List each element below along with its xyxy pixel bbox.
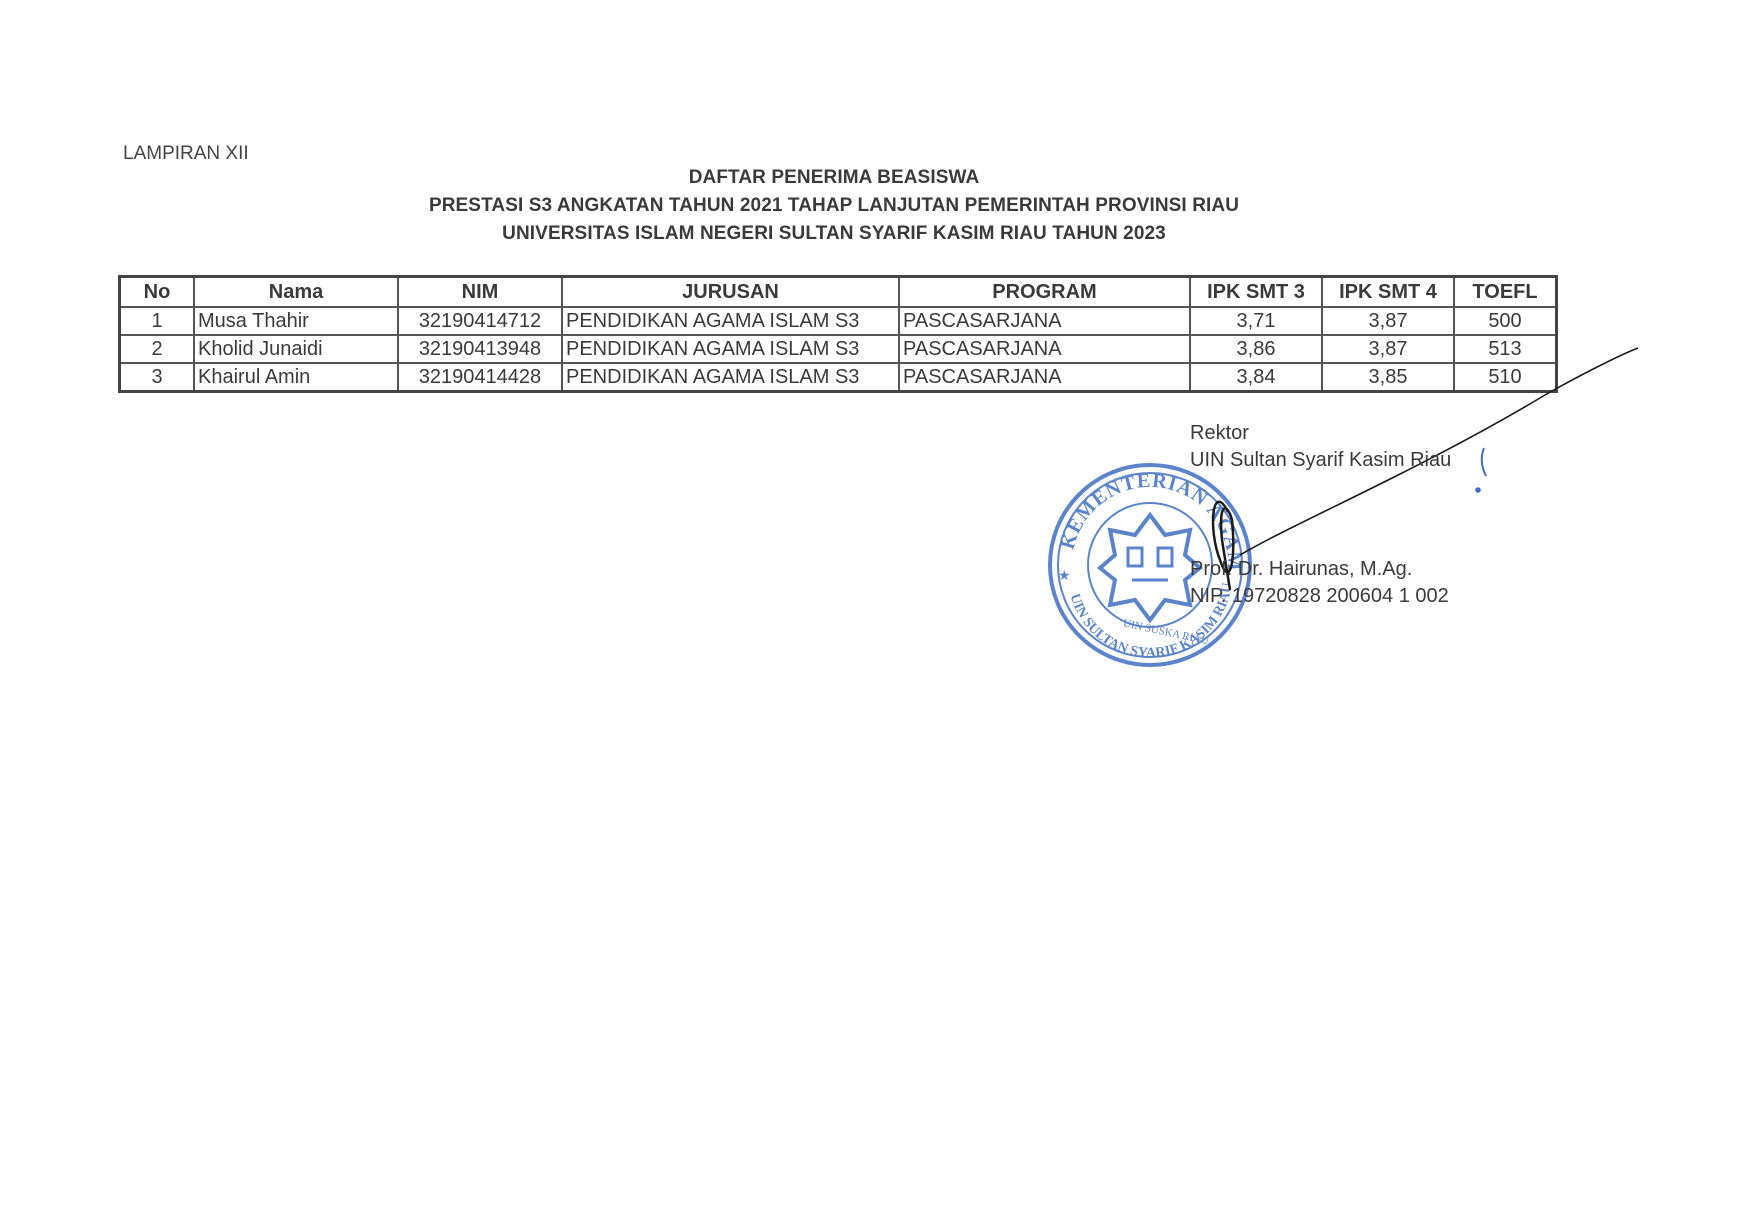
stamp-and-signature-layer: KEMENTERIAN AGAMA UIN SULTAN SYARIF KASI…: [0, 0, 1739, 1227]
svg-text:KEMENTERIAN AGAMA: KEMENTERIAN AGAMA: [0, 0, 1245, 572]
signatory-nip: NIP. 19720828 200604 1 002: [1190, 585, 1449, 608]
official-stamp: KEMENTERIAN AGAMA UIN SULTAN SYARIF KASI…: [0, 0, 1250, 665]
svg-text:★: ★: [1058, 567, 1071, 583]
signatory-name: Prof. Dr. Hairunas, M.Ag.: [1190, 558, 1412, 581]
signatory-position: Rektor: [1190, 422, 1249, 445]
signatory-institution: UIN Sultan Syarif Kasim Riau: [1190, 449, 1451, 472]
initial-mark: [1476, 448, 1486, 492]
svg-text:UIN SUSKA RIAU: UIN SUSKA RIAU: [1122, 617, 1210, 647]
